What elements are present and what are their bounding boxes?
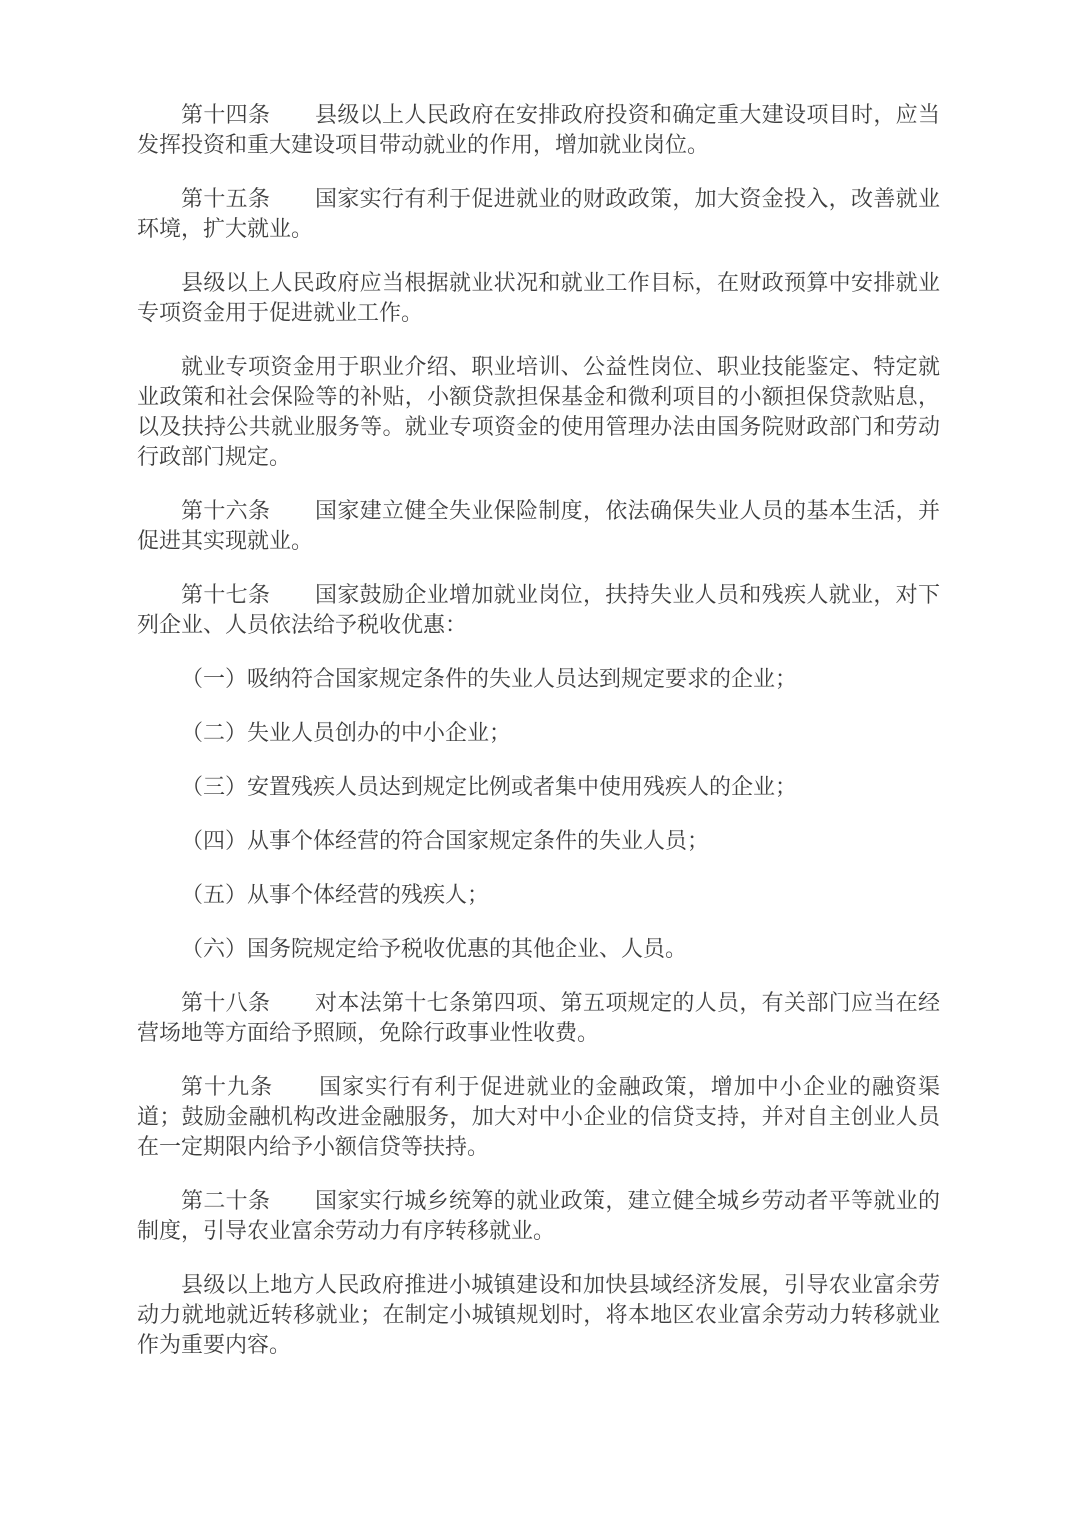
paragraph-item-2: （二）失业人员创办的中小企业；	[137, 718, 940, 748]
paragraph-article-15: 第十五条 国家实行有利于促进就业的财政政策，加大资金投入，改善就业环境，扩大就业…	[137, 184, 940, 244]
paragraph-article-14: 第十四条 县级以上人民政府在安排政府投资和确定重大建设项目时，应当发挥投资和重大…	[137, 100, 940, 160]
paragraph-article-20-cont: 县级以上地方人民政府推进小城镇建设和加快县域经济发展，引导农业富余劳动力就地就近…	[137, 1270, 940, 1360]
paragraph-item-6: （六）国务院规定给予税收优惠的其他企业、人员。	[137, 934, 940, 964]
document-page: 第十四条 县级以上人民政府在安排政府投资和确定重大建设项目时，应当发挥投资和重大…	[0, 0, 1074, 1520]
paragraph-item-5: （五）从事个体经营的残疾人；	[137, 880, 940, 910]
paragraph-article-16: 第十六条 国家建立健全失业保险制度，依法确保失业人员的基本生活，并促进其实现就业…	[137, 496, 940, 556]
document-body: 第十四条 县级以上人民政府在安排政府投资和确定重大建设项目时，应当发挥投资和重大…	[137, 100, 940, 1360]
paragraph-item-3: （三）安置残疾人员达到规定比例或者集中使用残疾人的企业；	[137, 772, 940, 802]
paragraph-article-19: 第十九条 国家实行有利于促进就业的金融政策，增加中小企业的融资渠道；鼓励金融机构…	[137, 1072, 940, 1162]
paragraph-article-15-cont: 县级以上人民政府应当根据就业状况和就业工作目标，在财政预算中安排就业专项资金用于…	[137, 268, 940, 328]
paragraph-item-4: （四）从事个体经营的符合国家规定条件的失业人员；	[137, 826, 940, 856]
paragraph-item-1: （一）吸纳符合国家规定条件的失业人员达到规定要求的企业；	[137, 664, 940, 694]
paragraph-article-17: 第十七条 国家鼓励企业增加就业岗位，扶持失业人员和残疾人就业，对下列企业、人员依…	[137, 580, 940, 640]
paragraph-article-20: 第二十条 国家实行城乡统筹的就业政策，建立健全城乡劳动者平等就业的制度，引导农业…	[137, 1186, 940, 1246]
paragraph-article-15-cont2: 就业专项资金用于职业介绍、职业培训、公益性岗位、职业技能鉴定、特定就业政策和社会…	[137, 352, 940, 472]
paragraph-article-18: 第十八条 对本法第十七条第四项、第五项规定的人员，有关部门应当在经营场地等方面给…	[137, 988, 940, 1048]
